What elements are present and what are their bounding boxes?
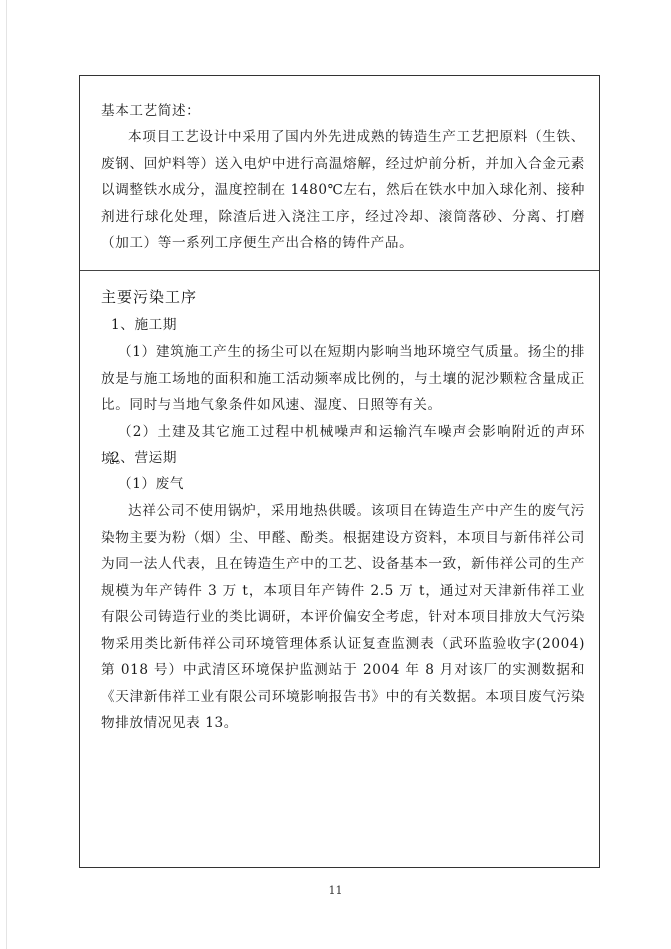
scan-edge bbox=[6, 0, 7, 949]
content-frame: 基本工艺简述： 本项目工艺设计中采用了国内外先进成熟的铸造生产工艺把原料（生铁、… bbox=[79, 75, 600, 868]
page-number: 11 bbox=[0, 884, 671, 897]
construction-phase-title: 1、施工期 bbox=[101, 312, 585, 339]
operation-phase-title: 2、营运期 bbox=[101, 445, 585, 472]
exhaust-gas-paragraph: 达祥公司不使用锅炉，采用地热供暖。该项目在铸造生产中产生的废气污染物主要为粉（烟… bbox=[101, 498, 585, 737]
process-description-section: 基本工艺简述： 本项目工艺设计中采用了国内外先进成熟的铸造生产工艺把原料（生铁、… bbox=[80, 76, 599, 271]
pollution-heading: 主要污染工序 bbox=[101, 284, 585, 311]
construction-item-1: （1）建筑施工产生的扬尘可以在短期内影响当地环境空气质量。扬尘的排放是与施工场地… bbox=[101, 339, 585, 419]
exhaust-gas-title: （1）废气 bbox=[101, 471, 585, 498]
process-heading: 基本工艺简述： bbox=[101, 98, 585, 125]
pollution-process-section: 主要污染工序 1、施工期 （1）建筑施工产生的扬尘可以在短期内影响当地环境空气质… bbox=[80, 271, 599, 867]
process-paragraph: 本项目工艺设计中采用了国内外先进成熟的铸造生产工艺把原料（生铁、废钢、回炉料等）… bbox=[101, 124, 585, 257]
